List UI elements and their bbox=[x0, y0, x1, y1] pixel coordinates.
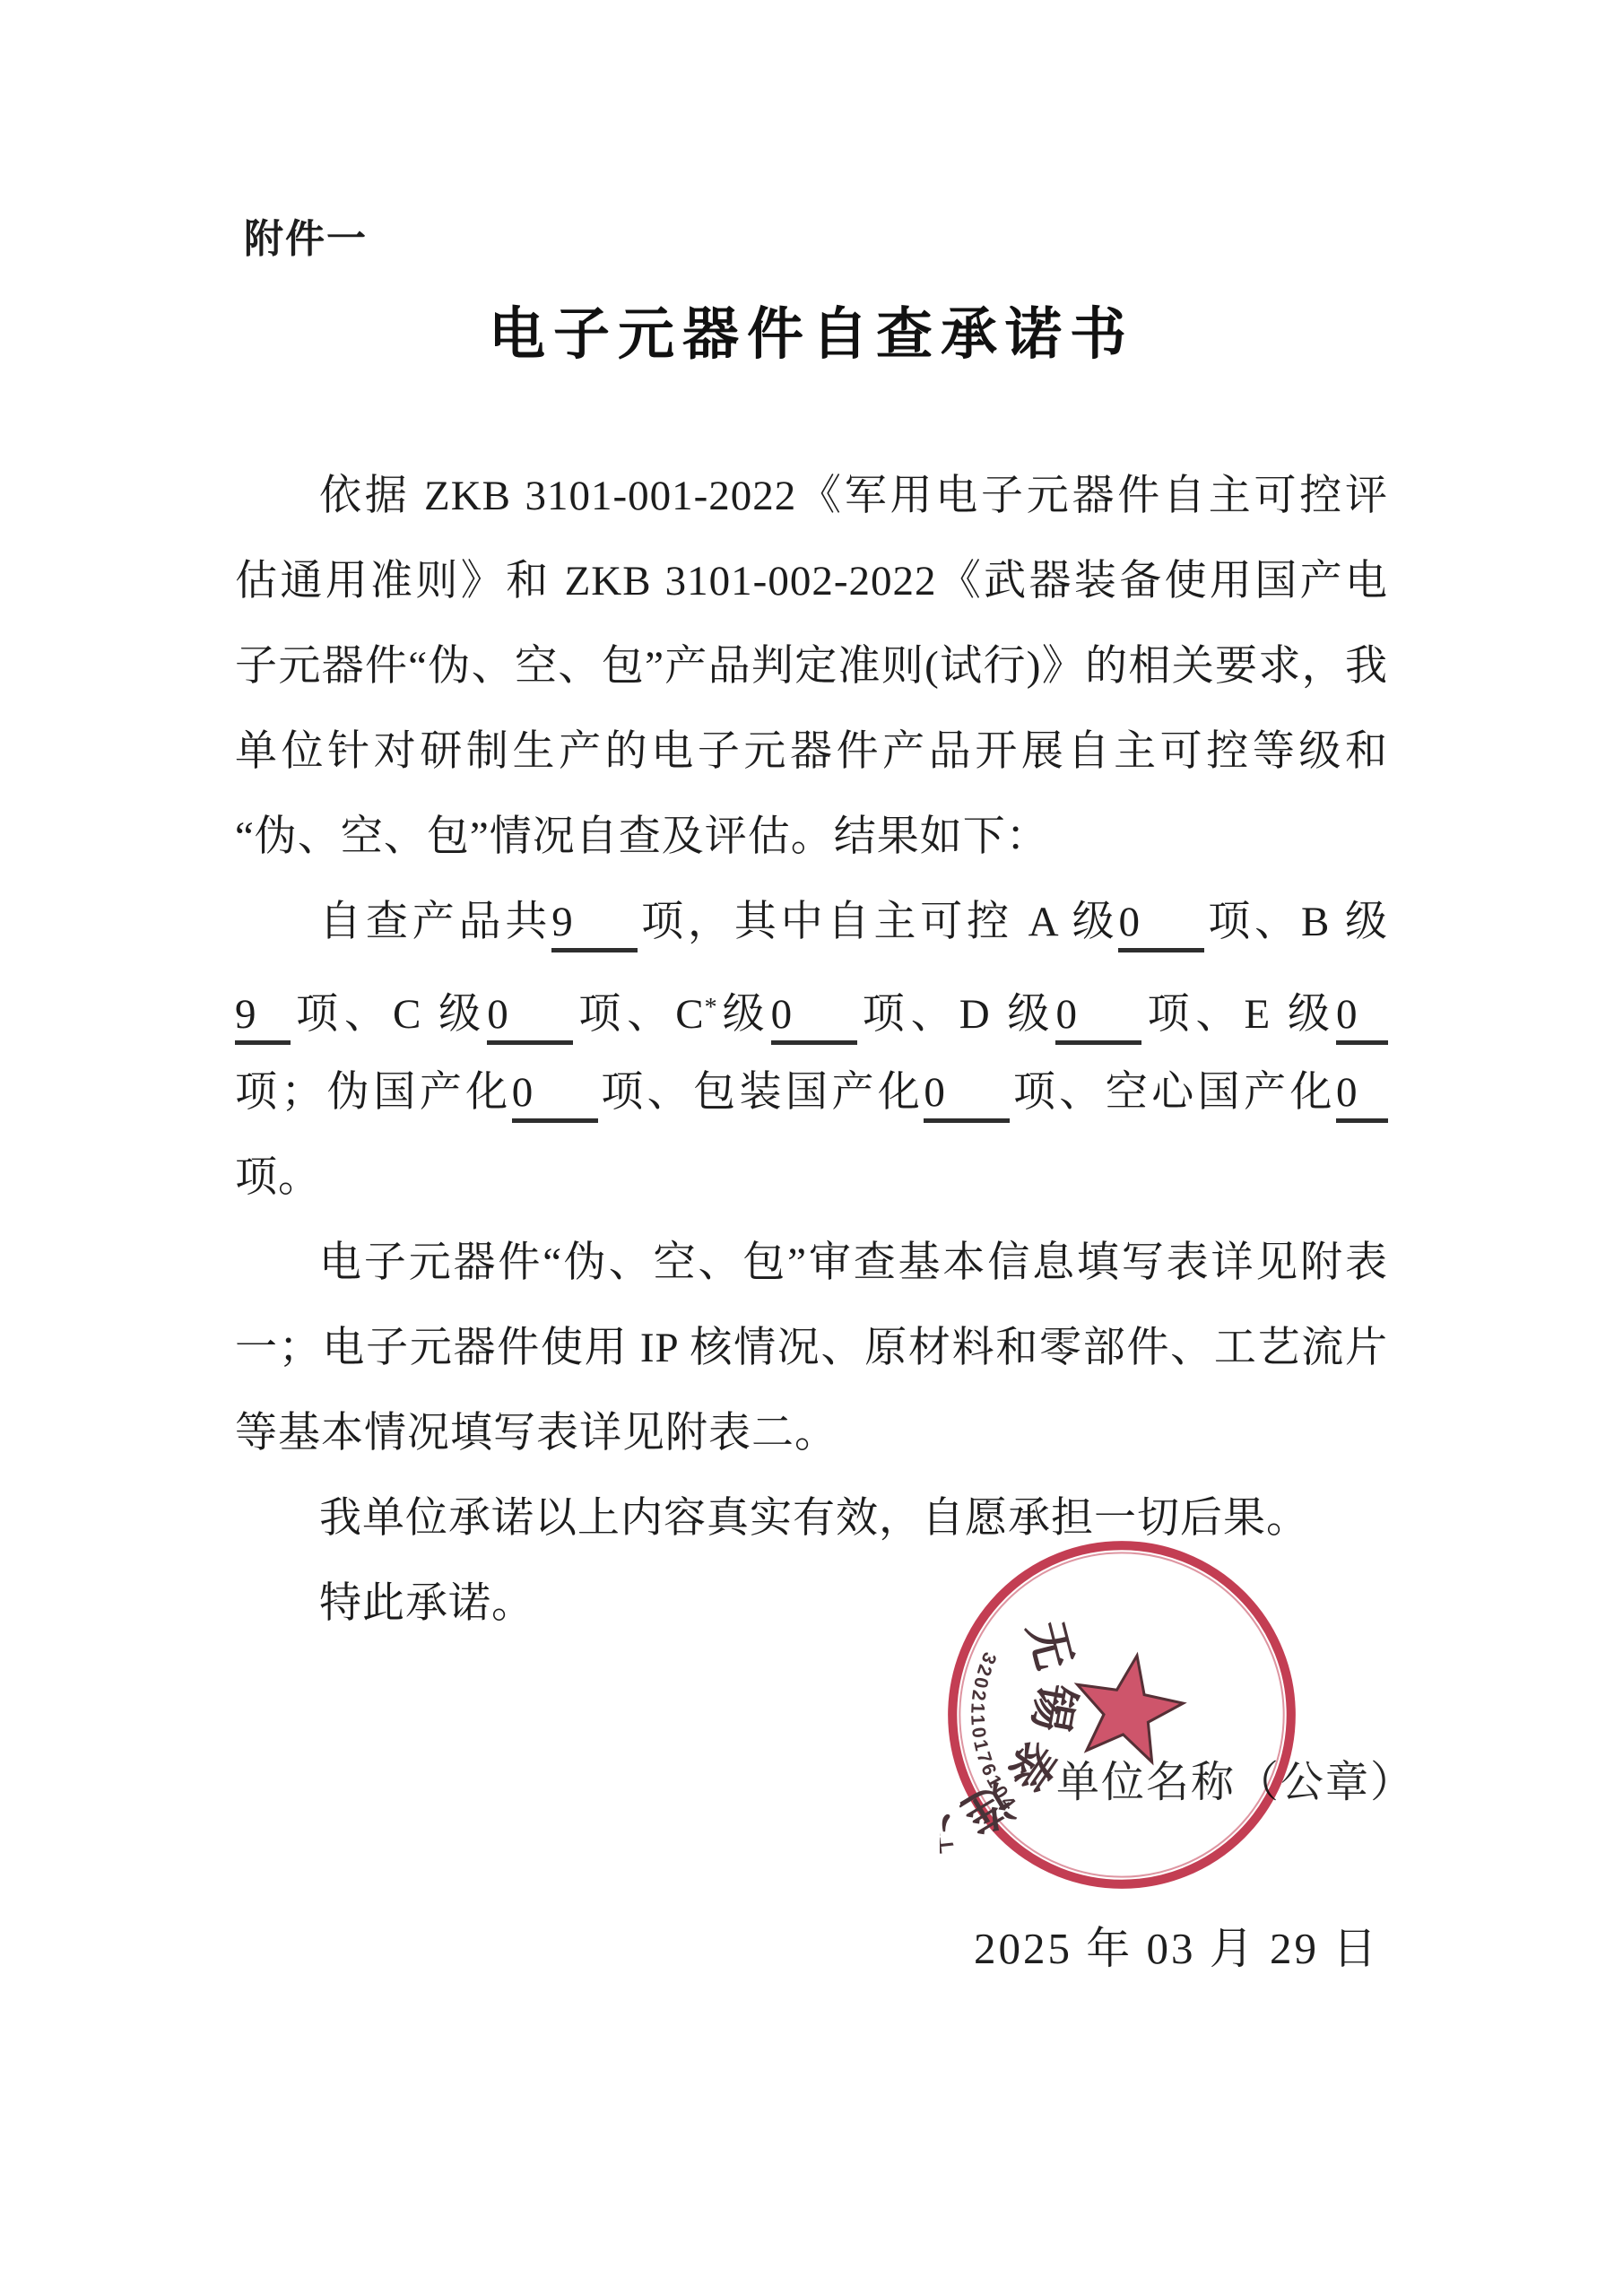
underlined-value: 0 bbox=[924, 1066, 1010, 1123]
body-line: 估通用准则》和 ZKB 3101-002-2022《武器装备使用国产电 bbox=[235, 539, 1388, 624]
body-text-block: 依据 ZKB 3101-001-2022《军用电子元器件自主可控评估通用准则》和… bbox=[235, 454, 1388, 1647]
underlined-value: 9 bbox=[235, 988, 291, 1045]
body-text: 项；伪国产化 bbox=[235, 1069, 512, 1116]
body-line: 等基本情况填写表详见附表二。 bbox=[235, 1391, 1388, 1476]
body-line: 自查产品共9项，其中自主可控 A 级0项、B 级 bbox=[235, 880, 1388, 965]
body-text: 特此承诺。 bbox=[319, 1580, 534, 1627]
body-line: 依据 ZKB 3101-001-2022《军用电子元器件自主可控评 bbox=[235, 454, 1388, 539]
underlined-value: 0 bbox=[771, 988, 857, 1045]
body-text: 项、B 级 bbox=[1204, 899, 1388, 945]
body-text: 电子元器件“伪、空、包”审查基本信息填写表详见附表 bbox=[319, 1239, 1388, 1286]
body-text: 依据 ZKB 3101-001-2022《军用电子元器件自主可控评 bbox=[319, 473, 1388, 519]
body-line: “伪、空、包”情况自查及评估。结果如下： bbox=[235, 795, 1388, 880]
body-line: 单位针对研制生产的电子元器件产品开展自主可控等级和 bbox=[235, 709, 1388, 795]
underlined-value: 0 bbox=[487, 988, 573, 1045]
underlined-value: 0 bbox=[1336, 1066, 1388, 1123]
body-line: 项。 bbox=[235, 1135, 1388, 1221]
body-text: 等基本情况填写表详见附表二。 bbox=[235, 1410, 838, 1457]
body-text: 项、C 级 bbox=[291, 991, 487, 1038]
body-text: 一；电子元器件使用 IP 核情况、原材料和零部件、工艺流片 bbox=[235, 1325, 1388, 1371]
document-page: 附件一 电子元器件自查承诺书 依据 ZKB 3101-001-2022《军用电子… bbox=[0, 0, 1623, 2296]
underlined-value: 9 bbox=[551, 896, 638, 952]
body-line: 9项、C 级0项、C*级0项、D 级0项、E 级0 bbox=[235, 965, 1388, 1050]
document-title: 电子元器件自查承诺书 bbox=[0, 289, 1623, 370]
body-text: 项、C bbox=[573, 991, 704, 1038]
superscript-mark: * bbox=[705, 994, 717, 1022]
body-text: 单位针对研制生产的电子元器件产品开展自主可控等级和 bbox=[235, 728, 1388, 775]
date-line: 2025 年 03 月 29 日 bbox=[974, 1914, 1379, 1977]
body-line: 一；电子元器件使用 IP 核情况、原材料和零部件、工艺流片 bbox=[235, 1306, 1388, 1391]
body-text: 自查产品共 bbox=[319, 899, 551, 945]
body-line: 电子元器件“伪、空、包”审查基本信息填写表详见附表 bbox=[235, 1221, 1388, 1306]
body-text: 项、空心国产化 bbox=[1010, 1069, 1336, 1116]
underlined-value: 0 bbox=[1336, 988, 1388, 1045]
body-line: 项；伪国产化0项、包装国产化0项、空心国产化0 bbox=[235, 1050, 1388, 1135]
body-text: 级 bbox=[717, 991, 771, 1038]
underlined-value: 0 bbox=[512, 1066, 598, 1123]
company-seal: 无锡泰连芯科技有限公司 3202110176104 bbox=[940, 1530, 1304, 1900]
body-text: 项。 bbox=[235, 1154, 321, 1201]
body-text: 项、D 级 bbox=[857, 991, 1056, 1038]
body-line: 子元器件“伪、空、包”产品判定准则(试行)》的相关要求，我 bbox=[235, 624, 1388, 709]
body-text: 项，其中自主可控 A 级 bbox=[638, 899, 1118, 945]
seal-star-icon bbox=[1066, 1647, 1190, 1766]
body-text: 项、E 级 bbox=[1141, 991, 1336, 1038]
underlined-value: 0 bbox=[1055, 988, 1141, 1045]
underlined-value: 0 bbox=[1118, 896, 1204, 952]
body-text: 估通用准则》和 ZKB 3101-002-2022《武器装备使用国产电 bbox=[235, 558, 1388, 604]
body-text: 项、包装国产化 bbox=[598, 1069, 924, 1116]
body-text: “伪、空、包”情况自查及评估。结果如下： bbox=[235, 813, 1049, 860]
body-text: 子元器件“伪、空、包”产品判定准则(试行)》的相关要求，我 bbox=[235, 643, 1388, 690]
attachment-label: 附件一 bbox=[244, 206, 368, 264]
